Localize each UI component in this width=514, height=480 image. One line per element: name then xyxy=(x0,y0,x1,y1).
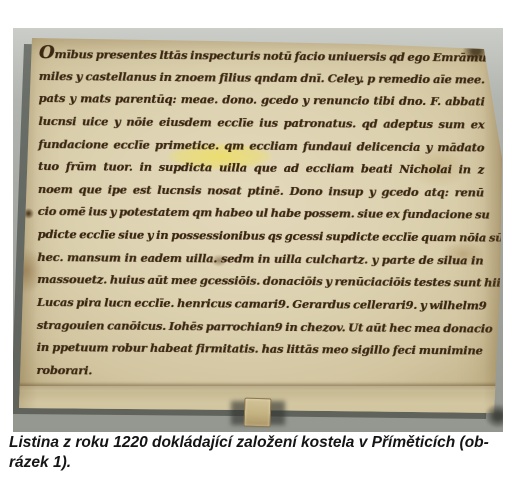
manuscript-line: tuo frūm tuor. in supdicta uilla que ad … xyxy=(38,155,484,181)
manuscript-line: pats y mats parentūq: meae. dono. gcedo … xyxy=(38,87,484,113)
manuscript-line: Lucas pira lucn ecclīe. henricus camari9… xyxy=(37,291,483,317)
manuscript-text: Omībus presentes lttās inspecturis notū … xyxy=(36,42,485,385)
caption-line-2: rázek 1). xyxy=(9,453,509,473)
manuscript-line: Omībus presentes lttās inspecturis notū … xyxy=(39,42,485,68)
manuscript-line: pdicte ecclīe siue y in possessionibus q… xyxy=(37,223,483,249)
parchment: Omībus presentes lttās inspecturis notū … xyxy=(13,28,503,432)
seal-tag xyxy=(244,398,272,428)
charter-photo: Omībus presentes lttās inspecturis notū … xyxy=(13,28,503,432)
manuscript-line: in ppetuum robur habeat firmitatis. has … xyxy=(37,336,483,362)
caption-line-1: Listina z roku 1220 dokládající založení… xyxy=(9,433,509,453)
figure-caption: Listina z roku 1220 dokládající založení… xyxy=(9,433,509,472)
manuscript-line: lucnsi uice y nōie eiusdem ecclīe ius pa… xyxy=(38,110,484,136)
manuscript-line: roborari. xyxy=(36,359,482,385)
page: Omībus presentes lttās inspecturis notū … xyxy=(0,0,514,480)
